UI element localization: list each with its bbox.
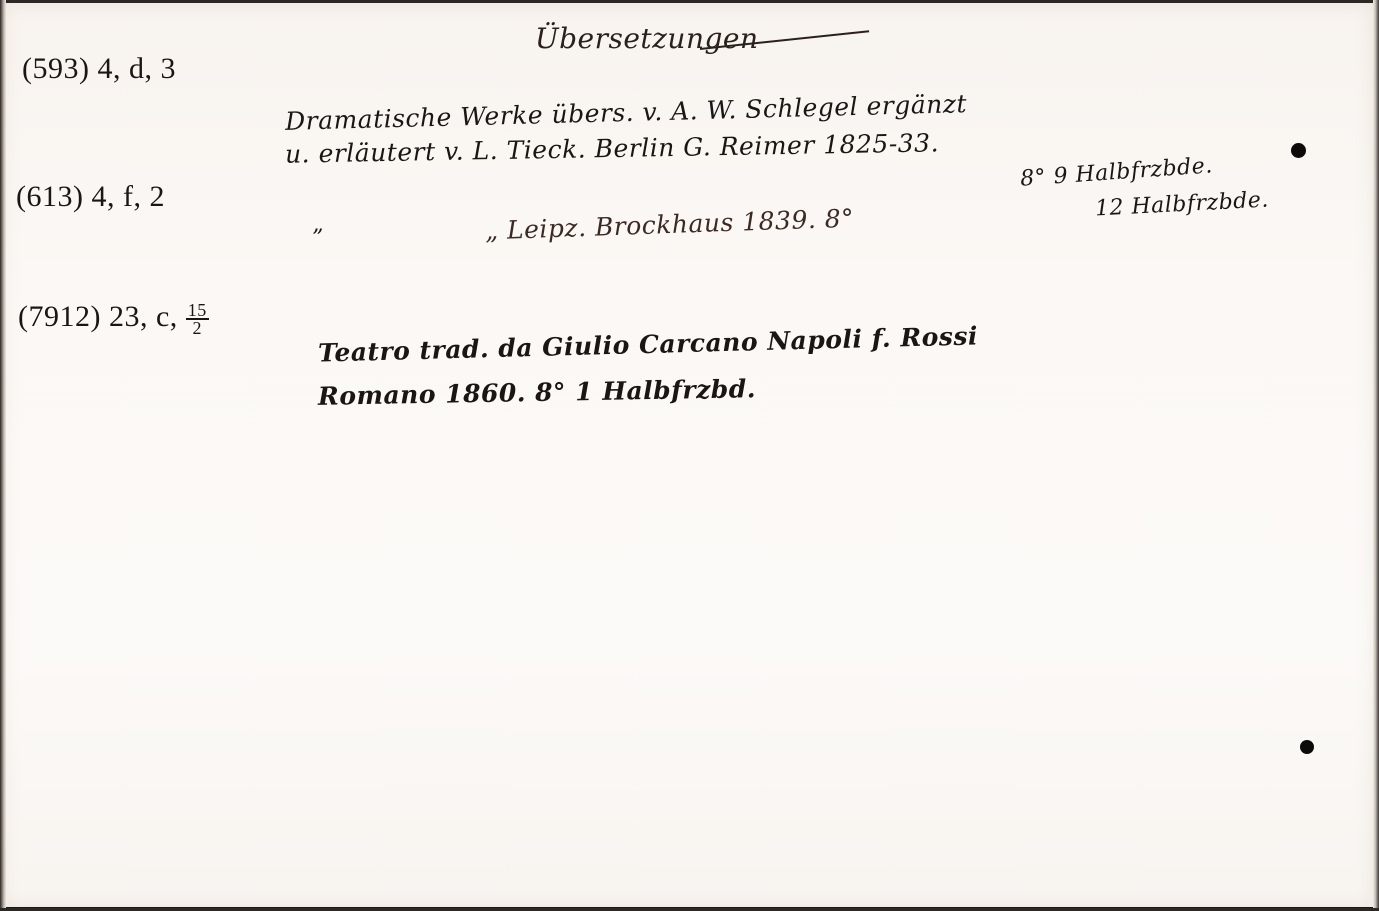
ink-dot-top [1291, 143, 1306, 158]
stray-ditto-mark: ” [312, 226, 324, 251]
ink-dot-bottom [1300, 740, 1314, 754]
shelf-mark-2: (613) 4, f, 2 [16, 180, 165, 214]
shelf-mark-3: (7912) 23, c, 15 2 [18, 300, 209, 336]
scan-edge-left [0, 0, 6, 911]
shelf-mark-3-fraction: 15 2 [186, 302, 209, 336]
fraction-denominator: 2 [186, 320, 209, 336]
shelf-mark-3-prefix: (7912) 23, c, [18, 300, 178, 333]
scan-edge-right [1373, 0, 1379, 911]
card-heading: Übersetzungen [535, 22, 759, 55]
shelf-mark-1: (593) 4, d, 3 [22, 52, 176, 86]
